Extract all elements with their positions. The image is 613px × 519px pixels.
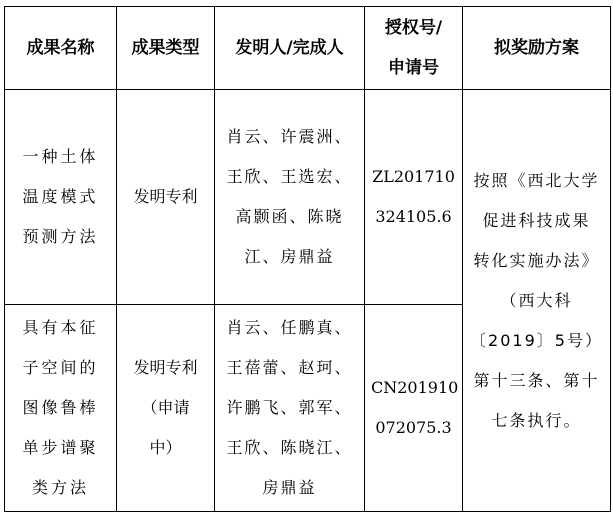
achievement-type: 发明专利 （申请 中） (117, 305, 215, 512)
name-line: 一种土体 (11, 137, 110, 177)
inventor-line: 许鹏飞、郭军、 (221, 388, 358, 428)
inventor-line: 王欣、王选宏、 (221, 157, 358, 197)
plan-line: （西大科 (469, 281, 604, 321)
award-table: 成果名称 成果类型 发明人/完成人 授权号/ 申请号 拟奖励方案 一种土体 温度… (4, 6, 611, 512)
header-name: 成果名称 (5, 7, 117, 90)
inventor-line: 肖云、许震洲、 (221, 117, 358, 157)
table-row: 一种土体 温度模式 预测方法 发明专利 肖云、许震洲、 王欣、王选宏、 高颢函、… (5, 90, 611, 305)
name-line: 具有本征 (11, 308, 110, 348)
type-line: 发明专利 (123, 348, 208, 388)
name-line: 子空间的 (11, 348, 110, 388)
inventors: 肖云、许震洲、 王欣、王选宏、 高颢函、陈晓 江、房鼎益 (215, 90, 365, 305)
number-line: CN201910 (371, 368, 456, 408)
inventor-line: 王欣、陈晓江、 (221, 428, 358, 468)
achievement-type: 发明专利 (117, 90, 215, 305)
plan-line: 七条执行。 (469, 401, 604, 441)
inventor-line: 江、房鼎益 (221, 237, 358, 277)
header-type: 成果类型 (117, 7, 215, 90)
name-line: 单步谱聚 (11, 428, 110, 468)
header-number: 授权号/ 申请号 (365, 7, 463, 90)
header-number-line2: 申请号 (371, 48, 456, 88)
plan-line: 转化实施办法》 (469, 241, 604, 281)
plan-line: 按照《西北大学 (469, 161, 604, 201)
inventor-line: 高颢函、陈晓 (221, 197, 358, 237)
name-line: 预测方法 (11, 217, 110, 257)
application-number: CN201910 072075.3 (365, 305, 463, 512)
header-number-line1: 授权号/ (371, 8, 456, 48)
number-line: 324105.6 (371, 197, 456, 237)
inventor-line: 王蓓蕾、赵珂、 (221, 348, 358, 388)
patent-number: ZL201710 324105.6 (365, 90, 463, 305)
header-inventors: 发明人/完成人 (215, 7, 365, 90)
header-row: 成果名称 成果类型 发明人/完成人 授权号/ 申请号 拟奖励方案 (5, 7, 611, 90)
type-line: 中） (123, 428, 208, 468)
inventor-line: 肖云、任鹏真、 (221, 308, 358, 348)
plan-line: 〔2019〕5号） (469, 321, 604, 361)
inventor-line: 房鼎益 (221, 468, 358, 508)
plan-line: 促进科技成果 (469, 201, 604, 241)
achievement-name: 一种土体 温度模式 预测方法 (5, 90, 117, 305)
name-line: 类方法 (11, 468, 110, 508)
type-line: （申请 (123, 388, 208, 428)
name-line: 温度模式 (11, 177, 110, 217)
award-plan: 按照《西北大学 促进科技成果 转化实施办法》 （西大科 〔2019〕5号） 第十… (463, 90, 611, 512)
achievement-name: 具有本征 子空间的 图像鲁棒 单步谱聚 类方法 (5, 305, 117, 512)
inventors: 肖云、任鹏真、 王蓓蕾、赵珂、 许鹏飞、郭军、 王欣、陈晓江、 房鼎益 (215, 305, 365, 512)
number-line: 072075.3 (371, 408, 456, 448)
type-line: 发明专利 (123, 177, 208, 217)
header-plan: 拟奖励方案 (463, 7, 611, 90)
plan-line: 第十三条、第十 (469, 361, 604, 401)
name-line: 图像鲁棒 (11, 388, 110, 428)
number-line: ZL201710 (371, 157, 456, 197)
